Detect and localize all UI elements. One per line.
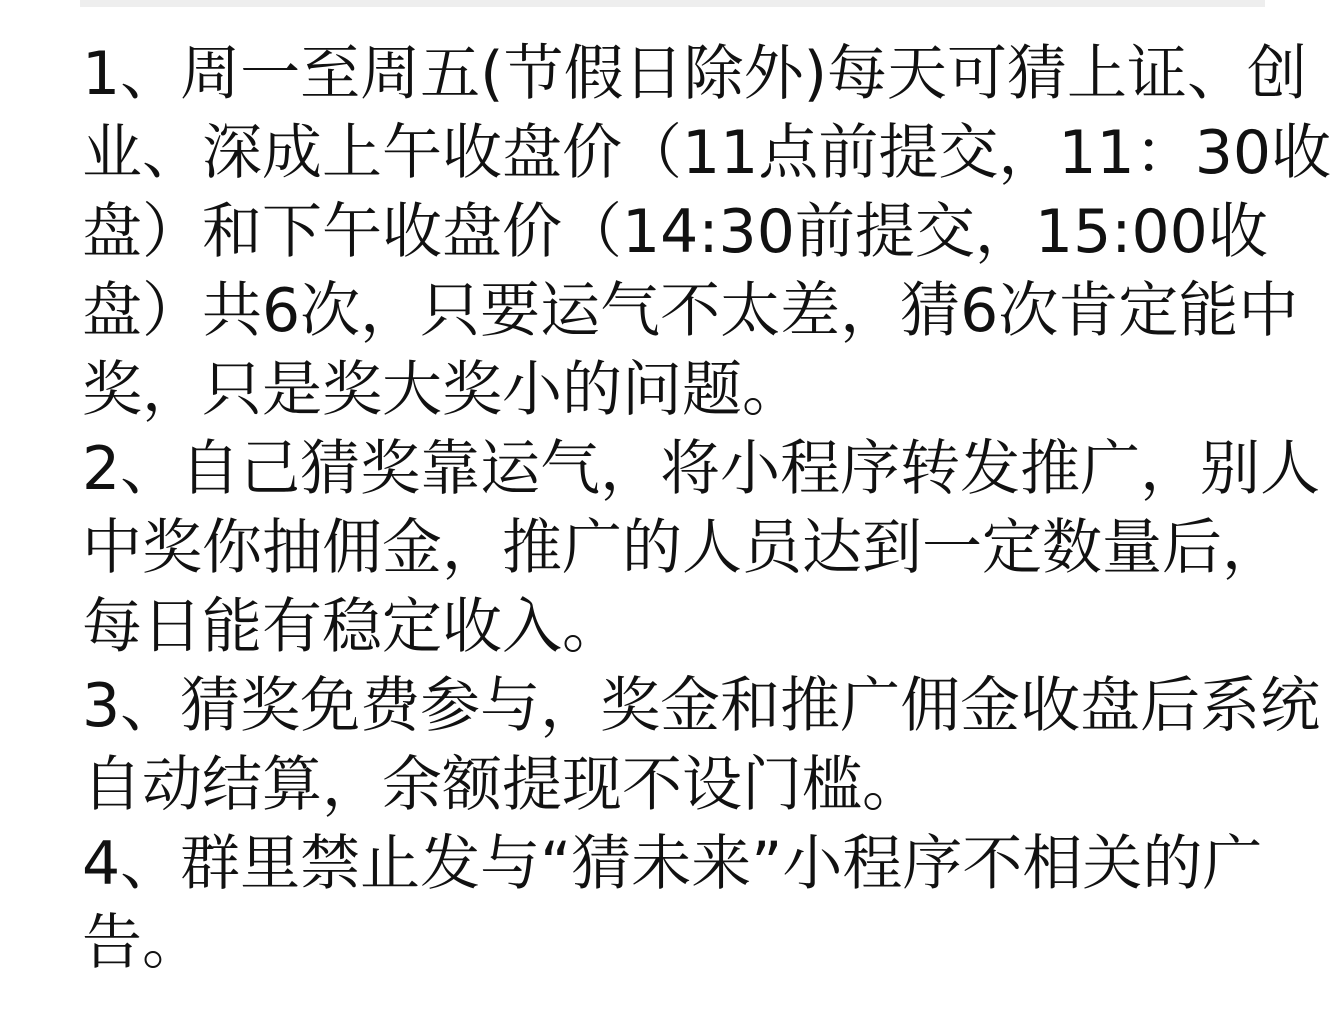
- rule-4-line-1: 4、群里禁止发与“猜未来”小程序不相关的广: [82, 825, 1282, 904]
- rule-1-line-1: 1、周一至周五(节假日除外)每天可猜上证、创: [82, 35, 1282, 114]
- rules-text-block: 1、周一至周五(节假日除外)每天可猜上证、创 业、深成上午收盘价（11点前提交，…: [82, 35, 1282, 983]
- top-divider-bar: [80, 0, 1265, 7]
- rule-1-line-5: 奖，只是奖大奖小的问题。: [82, 351, 1282, 430]
- rule-2-line-1: 2、自己猜奖靠运气，将小程序转发推广，别人: [82, 430, 1282, 509]
- rule-1-line-4: 盘）共6次，只要运气不太差，猜6次肯定能中: [82, 272, 1282, 351]
- rule-2-line-3: 每日能有稳定收入。: [82, 588, 1282, 667]
- rule-1-line-3: 盘）和下午收盘价（14:30前提交，15:00收: [82, 193, 1282, 272]
- rule-1-line-2: 业、深成上午收盘价（11点前提交，11：30收: [82, 114, 1282, 193]
- rule-3-line-1: 3、猜奖免费参与，奖金和推广佣金收盘后系统: [82, 667, 1282, 746]
- rule-4-line-2: 告。: [82, 904, 1282, 983]
- rule-3-line-2: 自动结算，余额提现不设门槛。: [82, 746, 1282, 825]
- rule-2-line-2: 中奖你抽佣金，推广的人员达到一定数量后，: [82, 509, 1282, 588]
